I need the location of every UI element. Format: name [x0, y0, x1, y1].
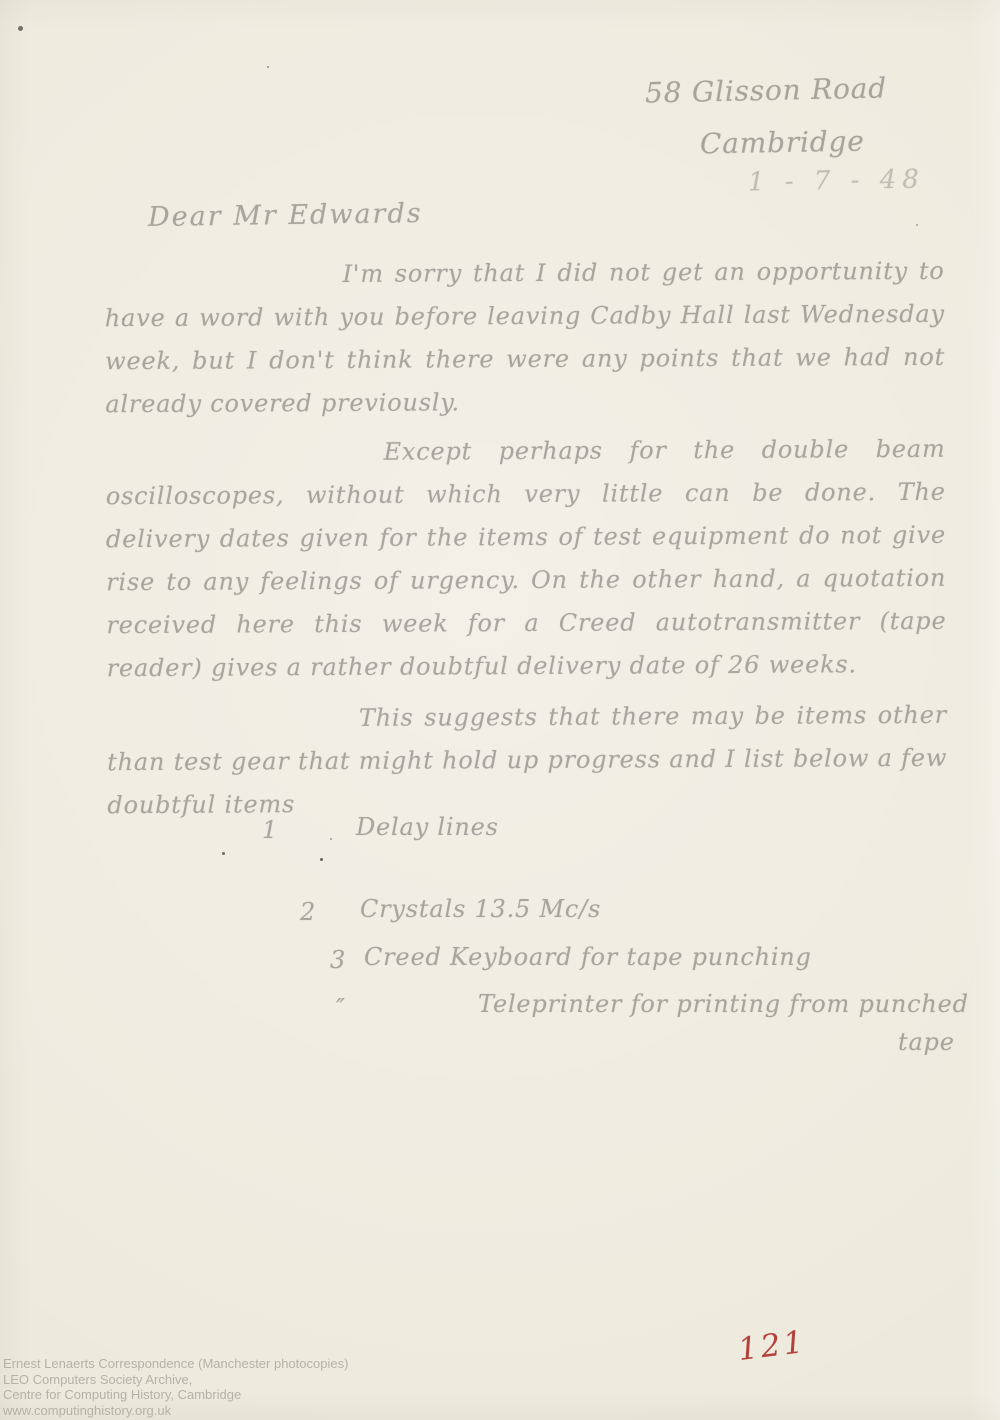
list-item: Teleprinter for printing from punched — [478, 990, 969, 1018]
list-item: Creed Keyboard for tape punching — [364, 943, 812, 971]
attribution-line: LEO Computers Society Archive, — [3, 1372, 348, 1388]
attribution-line: Centre for Computing History, Cambridge — [3, 1387, 348, 1403]
ink-speck — [267, 66, 269, 68]
letter-body: I'm sorry that I did not get an opportun… — [105, 250, 948, 827]
list-item: Delay lines — [356, 813, 499, 841]
ink-speck — [18, 26, 23, 31]
list-item-wrap: tape — [898, 1028, 955, 1056]
ink-speck — [916, 224, 918, 226]
list-item-number: 1 — [262, 816, 278, 844]
archive-attribution: Ernest Lenaerts Correspondence (Manchest… — [3, 1356, 348, 1418]
ink-speck — [330, 838, 332, 840]
paragraph: This suggests that there may be items ot… — [107, 694, 948, 827]
sender-address-line1: 58 Glisson Road — [645, 71, 888, 109]
ink-speck — [320, 858, 323, 861]
list-item-number: 2 — [300, 898, 316, 926]
page-number: 121 — [736, 1324, 808, 1368]
list-item: Crystals 13.5 Mc/s — [360, 895, 601, 923]
ink-speck — [222, 852, 225, 855]
paragraph: I'm sorry that I did not get an opportun… — [105, 250, 946, 426]
attribution-line: www.computinghistory.org.uk — [3, 1403, 348, 1419]
sender-address-line2: Cambridge — [700, 125, 865, 161]
paragraph: Except perhaps for the double beam oscil… — [105, 428, 946, 690]
list-item-number: ″ — [336, 994, 346, 1022]
attribution-line: Ernest Lenaerts Correspondence (Manchest… — [3, 1356, 348, 1372]
salutation: Dear Mr Edwards — [148, 198, 423, 233]
list-item-number: 3 — [330, 946, 346, 974]
scanned-letter-page: 58 Glisson Road Cambridge 1 - 7 - 48 Dea… — [0, 0, 1000, 1420]
letter-date: 1 - 7 - 48 — [748, 164, 925, 197]
